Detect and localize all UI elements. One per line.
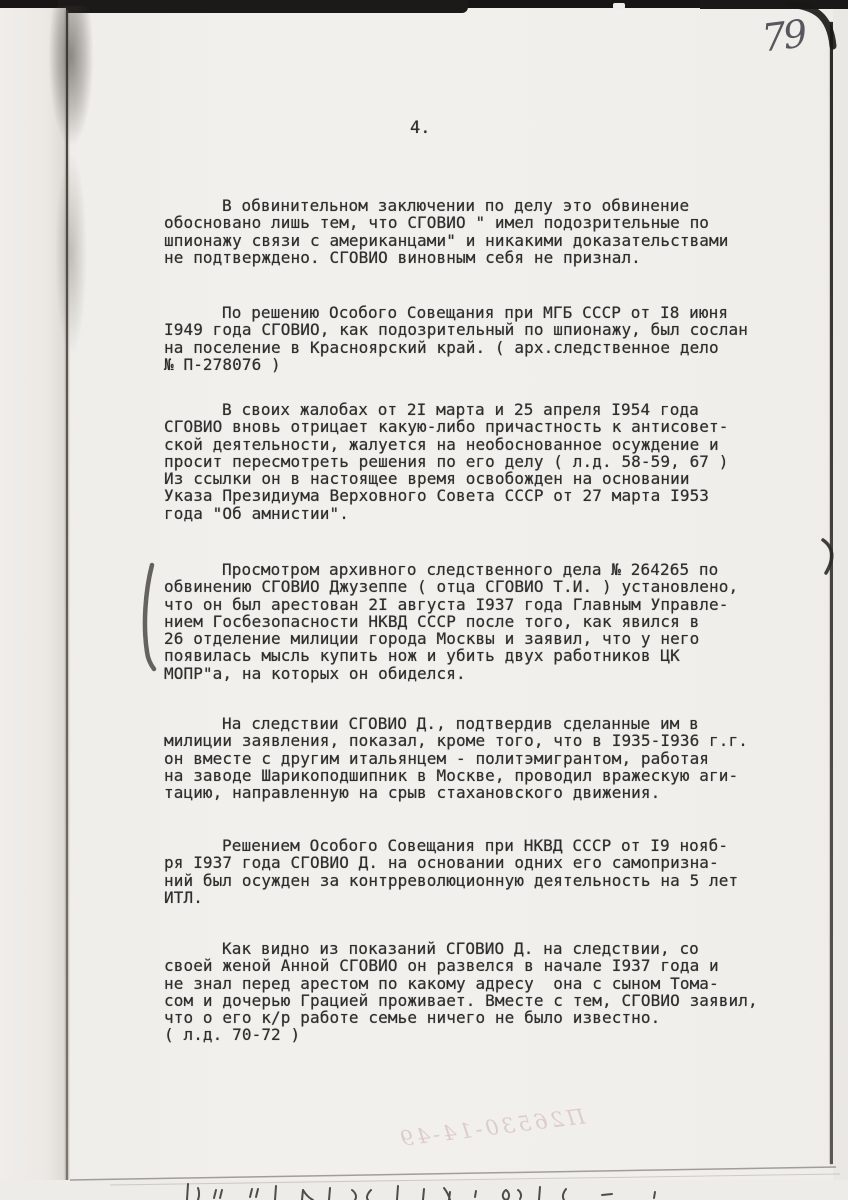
- text-line: милиции заявления, показал, кроме того, …: [164, 732, 774, 749]
- text-line: ( л.д. 70-72 ): [164, 1026, 774, 1043]
- text-line: I949 года СГОВИО, как подозрительный по …: [164, 321, 774, 338]
- handwritten-sheet-number: 79: [759, 12, 806, 61]
- text-line: По решению Особого Совещания при МГБ ССС…: [164, 304, 774, 321]
- text-line: своей женой Анной СГОВИО он развелся в н…: [164, 957, 774, 974]
- text-line: не подтверждено. СГОВИО виновным себя не…: [164, 249, 774, 266]
- text-line: ской деятельности, жалуется на необоснов…: [164, 436, 774, 453]
- text-line: Как видно из показаний СГОВИО Д. на след…: [164, 940, 774, 957]
- text-line: шпионажу связи с американцами" и никаким…: [164, 232, 774, 249]
- paragraph: На следствии СГОВИО Д., подтвердив сдела…: [164, 715, 774, 801]
- text-line: Из ссылки он в настоящее время освобожде…: [164, 470, 774, 487]
- paragraph: Как видно из показаний СГОВИО Д. на след…: [164, 940, 774, 1044]
- text-line: Указа Президиума Верховного Совета СССР …: [164, 487, 774, 504]
- text-line: № П-278076 ): [164, 356, 774, 373]
- text-line: обвинению СГОВИО Джузеппе ( отца СГОВИО …: [164, 578, 774, 595]
- text-line: нием Госбезопасности НКВД СССР после тог…: [164, 613, 774, 630]
- page-number: 4.: [410, 118, 430, 138]
- scanned-archival-page: { "document": { "sheet_number": "79", "p…: [0, 0, 848, 1200]
- text-line: что он был арестован 2I августа I937 год…: [164, 596, 774, 613]
- text-line: ний был осужден за контрреволюционную де…: [164, 872, 774, 889]
- paragraph: Просмотром архивного следственного дела …: [164, 561, 774, 682]
- paragraph: По решению Особого Совещания при МГБ ССС…: [164, 304, 774, 373]
- paragraph: Решением Особого Совещания при НКВД СССР…: [164, 837, 774, 906]
- text-line: не знал перед арестом по какому адресу о…: [164, 975, 774, 992]
- text-line: на поселение в Красноярский край. ( арх.…: [164, 339, 774, 356]
- text-line: На следствии СГОВИО Д., подтвердив сдела…: [164, 715, 774, 732]
- text-line: Решением Особого Совещания при НКВД СССР…: [164, 837, 774, 854]
- text-line: что о его к/р работе семье ничего не был…: [164, 1009, 774, 1026]
- text-line: В обвинительном заключении по делу это о…: [164, 197, 774, 214]
- text-line: Просмотром архивного следственного дела …: [164, 561, 774, 578]
- text-line: он вместе с другим итальянцем - политэми…: [164, 750, 774, 767]
- text-line: 26 отделение милиции города Москвы и зая…: [164, 630, 774, 647]
- text-line: ря I937 года СГОВИО Д. на основании одни…: [164, 854, 774, 871]
- text-line: ИТЛ.: [164, 889, 774, 906]
- text-line: на заводе Шарикоподшипник в Москве, пров…: [164, 767, 774, 784]
- text-line: сом и дочерью Грацией проживает. Вместе …: [164, 992, 774, 1009]
- paragraph: В обвинительном заключении по делу это о…: [164, 197, 774, 266]
- paragraph: В своих жалобах от 2I марта и 25 апреля …: [164, 401, 774, 522]
- text-line: СГОВИО вновь отрицает какую-либо причаст…: [164, 418, 774, 435]
- text-line: обосновано лишь тем, что СГОВИО " имел п…: [164, 214, 774, 231]
- text-line: года "Об амнистии".: [164, 505, 774, 522]
- document-body: 4. В обвинительном заключении по делу эт…: [0, 0, 848, 1200]
- text-line: тацию, направленную на срыв стахановског…: [164, 784, 774, 801]
- text-line: просит пересмотреть решения по его делу …: [164, 453, 774, 470]
- text-line: В своих жалобах от 2I марта и 25 апреля …: [164, 401, 774, 418]
- text-line: появилась мысль купить нож и убить двух …: [164, 647, 774, 664]
- text-line: МОПР"а, на которых он обиделся.: [164, 665, 774, 682]
